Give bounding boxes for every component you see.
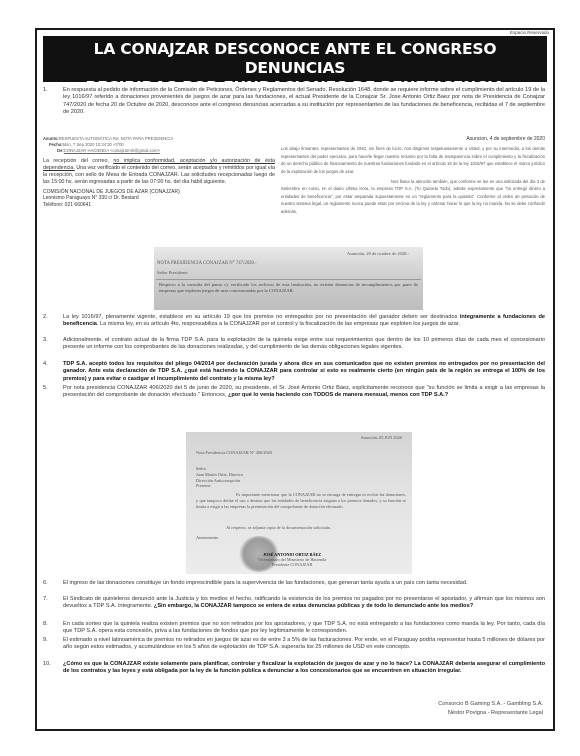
list-item-1: 1. En respuesta al pedido de información…	[43, 87, 545, 117]
email-body: La recepción del correo, no implica conf…	[43, 158, 275, 186]
headline: LA CONAJZAR DESCONOCE ANTE EL CONGRESO D…	[43, 36, 547, 82]
email-date: Mon, 7 Sep 2020 10:34:30 -0700	[63, 142, 124, 147]
list-item-4: 4. TDP S.A. aceptó todos los requisitos …	[43, 361, 545, 383]
reserved-space-label: Espacio Reservado	[510, 30, 549, 35]
list-item-5: 5. Por nota presidencia CONAJZAR 406/202…	[43, 385, 545, 400]
list-item-6: 6. El ingreso de las donaciones constitu…	[43, 580, 545, 587]
scan-signature: JOSÉ ANTONIO ORTIZ BÁEZ Viceministro del…	[258, 552, 326, 567]
letter-paragraph-1: Los abajo firmantes, representantes de O…	[281, 145, 545, 175]
list-item-2: 2. La ley 1016/97, plenamente vigente, e…	[43, 314, 545, 329]
scanned-note-747: Asunción, 20 de octubre de 2020.- NOTA P…	[154, 247, 423, 310]
headline-line-1: LA CONAJZAR DESCONOCE ANTE EL CONGRESO D…	[43, 40, 547, 78]
email-auto-reply: Asunto:RESPUESTA AUTOMÁTICA Re: NOTA PAR…	[43, 136, 275, 208]
list-item-10: 10. ¿Cómo es que la CONAJZAR existe sola…	[43, 661, 545, 676]
signature-block: Consorcio B Gaming S.A. - Gambling S.A. …	[438, 700, 543, 718]
foundations-letter: Asuncion, 4 de septiembre de 2020 Los ab…	[281, 136, 545, 215]
letter-paragraph-2: Nos llama la atención también, que confo…	[281, 178, 545, 215]
scanned-note-406: Asunción, 05 JUN 2020 Nota Presidencia C…	[186, 432, 412, 574]
signature-company: Consorcio B Gaming S.A. - Gambling S.A.	[438, 700, 543, 709]
email-signature: COMISIÓN NACIONAL DE JUEGOS DE AZAR (CON…	[43, 189, 275, 208]
letter-date: Asuncion, 4 de septiembre de 2020	[281, 136, 545, 143]
email-from: CONAJZAR HACIENDA <conajzarmh@gmail.com>	[64, 148, 160, 153]
list-item-7: 7. El Sindicato de quinieleros denunció …	[43, 596, 545, 611]
list-item-3: 3. Adicionalmente, el contrato actual de…	[43, 337, 545, 352]
list-item-8: 8. En cada sorteo que la quiniela realiz…	[43, 621, 545, 636]
list-item-9: 9. El estimado a nivel latinoamérica de …	[43, 637, 545, 652]
advertisement-frame: Espacio Reservado LA CONAJZAR DESCONOCE …	[35, 28, 555, 731]
email-subject: RESPUESTA AUTOMÁTICA Re: NOTA PARA PRESI…	[59, 136, 173, 141]
signature-representative: Néstor Povigna - Representante Legal	[438, 709, 543, 718]
